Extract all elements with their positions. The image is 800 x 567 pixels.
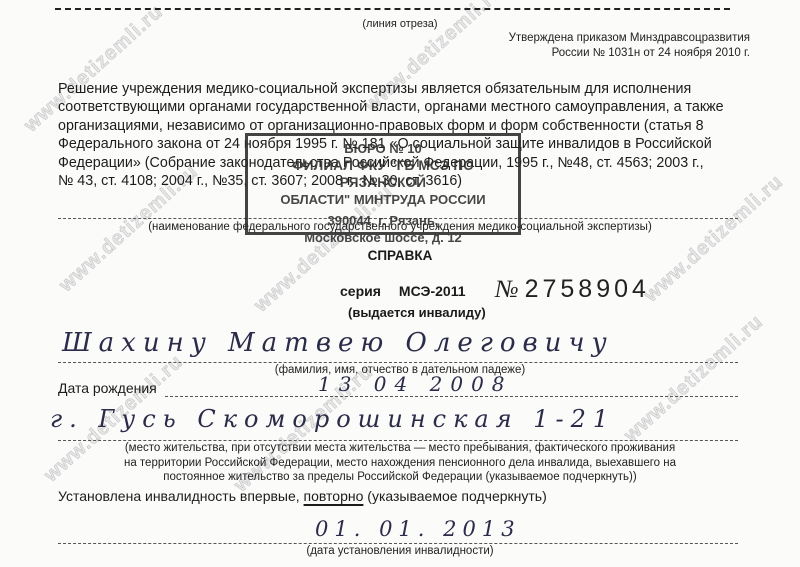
address-caption-line: (место жительства, при отсутствии места … [0, 441, 800, 456]
stamp-line-4: 390044, г. Рязань, [248, 212, 518, 229]
disability-date-value: 01. 01. 2013 [315, 517, 521, 541]
disability-statement: Установлена инвалидность впервые, повтор… [58, 488, 547, 504]
cut-line [55, 8, 730, 10]
statement-suffix: (указываемое подчеркнуть) [363, 488, 546, 504]
issued-to-note: (выдается инвалиду) [348, 305, 486, 320]
statement-underlined-option: повторно [304, 488, 364, 504]
disability-date-caption: (дата установления инвалидности) [0, 545, 800, 557]
address-caption: (место жительства, при отсутствии места … [0, 441, 800, 485]
cut-line-caption: (линия отреза) [0, 18, 800, 30]
name-rule [58, 362, 738, 363]
stamp-line-5: Московское шоссе, д. 12 [248, 229, 518, 246]
watermark: www.detizemli.ru [640, 170, 788, 307]
series-value: МСЭ-2011 [399, 283, 466, 299]
approval-note: Утверждена приказом Минздравсоцразвития … [509, 31, 750, 61]
stamp-line-2: ФИЛИАЛ ФКУ "ГБ МСЭ ПО РЯЗАНСКОЙ [248, 157, 518, 191]
certificate-title: СПРАВКА [0, 248, 800, 263]
certificate-number: №2758904 [495, 275, 650, 304]
birth-date-label: Дата рождения [58, 380, 157, 396]
birth-date-value: 13 04 2008 [318, 372, 513, 396]
address-value: г. Гусь Скоморошинская 1-21 [50, 405, 615, 433]
number-sign: № [495, 276, 519, 303]
series-label: серия [340, 283, 381, 299]
certificate-series: серияМСЭ-2011 [340, 283, 466, 299]
number-value: 2758904 [525, 275, 650, 303]
address-caption-line: на территории Российской Федерации, мест… [0, 456, 800, 471]
watermark: www.detizemli.ru [620, 310, 768, 447]
address-caption-line: постоянное жительство за пределы Российс… [0, 470, 800, 485]
approval-line-2: России № 1031н от 24 ноября 2010 г. [509, 46, 750, 61]
recipient-name: Шахину Матвею Олеговичу [62, 328, 614, 358]
institution-stamp: БЮРО № 10 ФИЛИАЛ ФКУ "ГБ МСЭ ПО РЯЗАНСКО… [245, 133, 521, 235]
paragraph-line: соответствующими органами государственно… [58, 98, 738, 116]
approval-line-1: Утверждена приказом Минздравсоцразвития [509, 31, 750, 46]
paragraph-line: Решение учреждения медико-социальной экс… [58, 80, 738, 98]
statement-prefix: Установлена инвалидность впервые, [58, 488, 304, 504]
birth-date-rule [165, 396, 738, 397]
disability-date-rule [58, 543, 738, 544]
stamp-line-1: БЮРО № 10 [248, 140, 518, 157]
stamp-line-3: ОБЛАСТИ" МИНТРУДА РОССИИ [248, 191, 518, 208]
